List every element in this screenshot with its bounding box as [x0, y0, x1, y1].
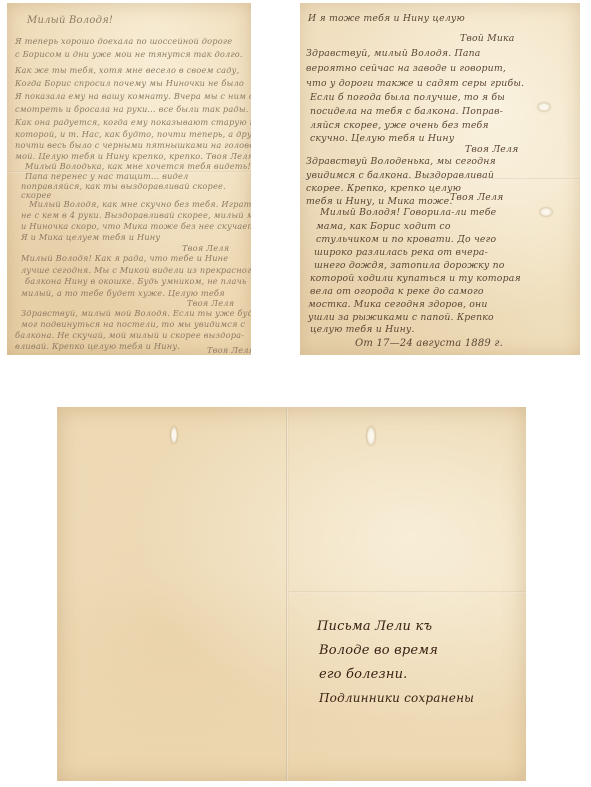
text-line: И я тоже тебя и Нину целую [308, 13, 465, 24]
text-line: балкона. Не скучай, мой милый и скорее в… [15, 330, 244, 340]
text-line: Когда Борис спросил почему мы Ниночки не… [15, 78, 244, 88]
text-line: шнего дождя, затопила дорожку по [314, 260, 505, 271]
text-line: Я и Мика целуем тебя и Нину [21, 232, 160, 242]
text-line: милый, а то тебе будет хуже. Целую тебя [21, 288, 225, 298]
text-line: Здравствуй, милый мой Володя. Если ты уж… [21, 308, 251, 318]
text-line: Здравствуй, милый Володя. Папа [306, 48, 481, 59]
text-line: и Ниночка скоро, что Мика тоже без нее с… [21, 221, 251, 231]
text-line: стульчиком и по кровати. До чего [316, 234, 496, 245]
date-line: От 17—24 августа 1889 г. [355, 338, 503, 349]
text-line: Я теперь хорошо доехала по шоссейной дор… [15, 36, 232, 46]
text-line: скорее. Крепко, крепко целую [306, 183, 461, 194]
text-line: посидела на тебя с балкона. Поправ- [310, 106, 503, 117]
text-line: Милый Володька, как мне хочется тебя вид… [25, 161, 251, 171]
handwritten-text-block: Милый Володя! Я теперь хорошо доехала по… [7, 3, 251, 355]
note-line: его болезни. [319, 667, 408, 682]
text-line: Как она радуется, когда ему показывают с… [15, 117, 251, 127]
text-line: что у дороги также и садят серы грибы. [306, 78, 524, 89]
text-line: мама, как Борис ходит со [316, 221, 451, 232]
cover-note: Письма Лели къ Володе во время его болез… [57, 407, 526, 781]
text-line: вела от огорода к реке до самого [310, 286, 484, 297]
text-line: поправляйся, как ты выздоравливай скорее… [21, 181, 226, 191]
signature: Твоя Леля [187, 298, 234, 308]
text-line: мог подвинуться на постели, то мы увидим… [21, 319, 245, 329]
cover-page: Письма Лели къ Володе во время его болез… [57, 407, 526, 781]
text-line: широко разлилась река от вчера- [314, 247, 488, 258]
text-line: Милый Володя, как мне скучно без тебя. И… [29, 199, 251, 209]
text-line: с Борисом и дни уже мои не тянутся так д… [15, 49, 243, 59]
text-line: которой ходили купаться и ту которая [310, 273, 521, 284]
signature: Твоя Леля [450, 192, 503, 203]
text-line: вливай. Крепко целую тебя и Нину. [15, 341, 180, 351]
text-line: тебя и Нину, и Мика тоже. [306, 196, 453, 207]
note-line: Письма Лели къ [317, 619, 432, 634]
text-line: смотреть и бросала на руки... все были т… [15, 104, 249, 114]
note-line: Володе во время [319, 643, 438, 658]
text-line: ляйся скорее, уже очень без тебя [310, 120, 489, 131]
text-line: мой. Целую тебя и Нину крепко, крепко. Т… [15, 151, 251, 161]
salutation: Милый Володя! [27, 15, 113, 26]
signature: Твоя Леля [182, 243, 229, 253]
text-line: Папа перенес у нас тащит... видел [25, 171, 188, 181]
text-line: Милый Володя! Как я рада, что тебе и Нин… [21, 253, 228, 263]
text-line: скучно. Целую тебя и Нину [310, 133, 454, 144]
text-line: Как же ты тебя, хотя мне весело в своем … [15, 65, 239, 75]
signature: Твоя Леля [207, 345, 251, 355]
signature: Твоя Леля [465, 144, 518, 155]
letter-page-top-left: Милый Володя! Я теперь хорошо доехала по… [7, 3, 251, 355]
text-line: Если б погода была получше, то я бы [310, 92, 505, 103]
text-line: почти весь было с черными пятнышками на … [15, 140, 251, 150]
text-line: не с кем в 4 руки. Выздоравливай скорее,… [21, 210, 251, 220]
text-line: Я показала ему на вашу комнату. Вчера мы… [15, 91, 251, 101]
text-line: балкона Нину в окошке. Будь умником, не … [25, 276, 247, 286]
text-line: Милый Володя! Говорила-ли тебе [320, 207, 496, 218]
text-line: которой, и т. Нас, как будто, почти тепе… [15, 129, 251, 139]
signature: Твой Мика [460, 33, 515, 44]
letter-page-top-right: И я тоже тебя и Нину целую Твой Мика Здр… [300, 3, 580, 355]
handwritten-text-block: И я тоже тебя и Нину целую Твой Мика Здр… [300, 3, 580, 355]
text-line: ушли за рыжиками с папой. Крепко [308, 312, 494, 323]
text-line: увидимся с балкона. Выздоравливай [306, 170, 494, 181]
text-line: мостка. Мика сегодня здоров, они [308, 299, 488, 310]
text-line: лучше сегодня. Мы с Микой видели из прек… [21, 265, 251, 275]
note-line: Подлинники сохранены [319, 691, 474, 705]
text-line: Здравствуй Володенька, мы сегодня [306, 156, 496, 167]
text-line: вероятно сейчас на заводе и говорит, [306, 63, 506, 74]
text-line: целую тебя и Нину. [310, 324, 415, 335]
